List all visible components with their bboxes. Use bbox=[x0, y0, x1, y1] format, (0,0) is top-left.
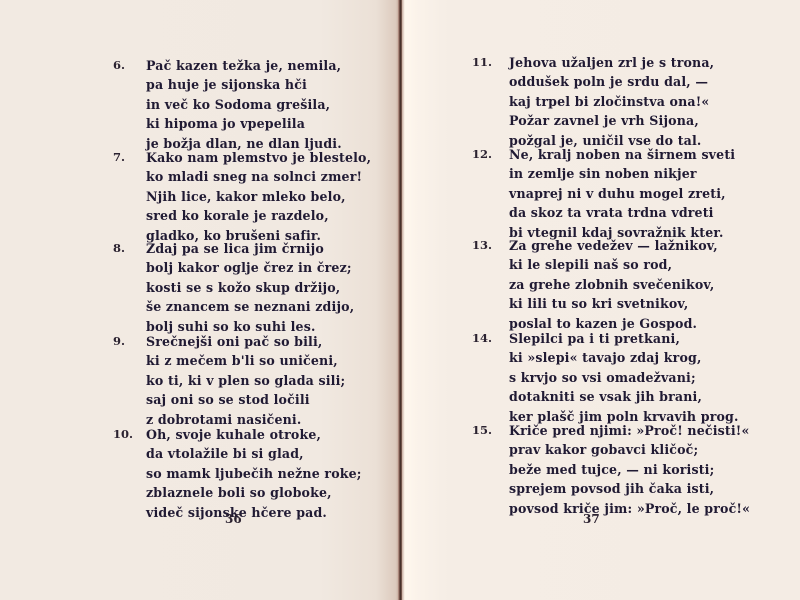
verse-line: saj oni so se stod ločili bbox=[146, 390, 345, 409]
stanza-lines: Zdaj pa se lica jim črnijo bolj kakor og… bbox=[146, 239, 354, 336]
page-number-left: 36 bbox=[225, 512, 242, 526]
verse-line: ki hipoma jo vpepelila bbox=[146, 114, 342, 133]
verse-line: kaj trpel bi zločinstva ona!« bbox=[509, 92, 714, 111]
verse-line: Požar zavnel je vrh Sijona, bbox=[509, 111, 714, 130]
verse-line: prav kakor gobavci kličoč; bbox=[509, 440, 750, 459]
verse-line: Jehova užaljen zrl je s trona, bbox=[509, 53, 714, 72]
verse-line: za grehe zlobnih svečenikov, bbox=[509, 275, 718, 294]
verse-line: ko mladi sneg na solnci zmer! bbox=[146, 167, 371, 186]
verse-line: Za grehe vedežev — lažnikov, bbox=[509, 236, 718, 255]
stanza-lines: Kriče pred njimi: »Proč! nečisti!« prav … bbox=[509, 421, 750, 518]
stanza-number: 15. bbox=[472, 421, 492, 440]
verse-line: povsod kriče jim: »Proč, le proč!« bbox=[509, 499, 750, 518]
book-spine bbox=[398, 0, 402, 600]
stanza-lines: Ne, kralj noben na širnem sveti in zemlj… bbox=[509, 145, 735, 242]
stanza-lines: Jehova užaljen zrl je s trona, oddušek p… bbox=[509, 53, 714, 150]
verse-line: pa huje je sijonska hči bbox=[146, 75, 342, 94]
verse-line: videč sijonske hčere pad. bbox=[146, 503, 362, 522]
verse-line: ki z mečem b'li so uničeni, bbox=[146, 351, 345, 370]
verse-line: Srečnejši oni pač so bili, bbox=[146, 332, 345, 351]
verse-line: Pač kazen težka je, nemila, bbox=[146, 56, 342, 75]
stanza-number: 13. bbox=[472, 236, 492, 255]
verse-line: s krvjo so vsi omadežvani; bbox=[509, 368, 739, 387]
verse-line: Kako nam plemstvo je blestelo, bbox=[146, 148, 371, 167]
stanza-lines: Pač kazen težka je, nemila, pa huje je s… bbox=[146, 56, 342, 153]
stanza-number: 6. bbox=[113, 56, 125, 75]
page-number-right: 37 bbox=[583, 512, 600, 526]
verse-line: so mamk ljubečih nežne roke; bbox=[146, 464, 362, 483]
verse-line: vnaprej ni v duhu mogel zreti, bbox=[509, 184, 735, 203]
book-spread: 6. Pač kazen težka je, nemila, pa huje j… bbox=[0, 0, 800, 600]
verse-line: da skoz ta vrata trdna vdreti bbox=[509, 203, 735, 222]
verse-line: beže med tujce, — ni koristi; bbox=[509, 460, 750, 479]
stanza-number: 11. bbox=[472, 53, 492, 72]
stanza-lines: Srečnejši oni pač so bili, ki z mečem b'… bbox=[146, 332, 345, 429]
verse-line: Slepilci pa i ti pretkani, bbox=[509, 329, 739, 348]
verse-line: dotakniti se vsak jih brani, bbox=[509, 387, 739, 406]
verse-line: zblaznele boli so globoke, bbox=[146, 483, 362, 502]
verse-line: ko ti, ki v plen so glada sili; bbox=[146, 371, 345, 390]
verse-line: Kriče pred njimi: »Proč! nečisti!« bbox=[509, 421, 750, 440]
verse-line: Oh, svoje kuhale otroke, bbox=[146, 425, 362, 444]
stanza-lines: Oh, svoje kuhale otroke, da vtolažile bi… bbox=[146, 425, 362, 522]
verse-line: bolj kakor oglje črez in črez; bbox=[146, 258, 354, 277]
stanza-lines: Slepilci pa i ti pretkani, ki »slepi« ta… bbox=[509, 329, 739, 426]
verse-line: Njih lice, kakor mleko belo, bbox=[146, 187, 371, 206]
stanza-number: 9. bbox=[113, 332, 125, 351]
verse-line: in zemlje sin noben nikjer bbox=[509, 164, 735, 183]
verse-line: oddušek poln je srdu dal, — bbox=[509, 72, 714, 91]
stanza-number: 12. bbox=[472, 145, 492, 164]
stanza-number: 10. bbox=[113, 425, 133, 444]
verse-line: kosti se s kožo skup držijo, bbox=[146, 278, 354, 297]
verse-line: sred ko korale je razdelo, bbox=[146, 206, 371, 225]
verse-line: ki lili tu so kri svetnikov, bbox=[509, 294, 718, 313]
stanza-lines: Za grehe vedežev — lažnikov, ki le slepi… bbox=[509, 236, 718, 333]
stanza-number: 14. bbox=[472, 329, 492, 348]
verse-line: še znancem se neznani zdijo, bbox=[146, 297, 354, 316]
verse-line: Zdaj pa se lica jim črnijo bbox=[146, 239, 354, 258]
verse-line: ki le slepili naš so rod, bbox=[509, 255, 718, 274]
verse-line: sprejem povsod jih čaka isti, bbox=[509, 479, 750, 498]
verse-line: da vtolažile bi si glad, bbox=[146, 444, 362, 463]
stanza-lines: Kako nam plemstvo je blestelo, ko mladi … bbox=[146, 148, 371, 245]
verse-line: ki »slepi« tavajo zdaj krog, bbox=[509, 348, 739, 367]
stanza-number: 7. bbox=[113, 148, 125, 167]
verse-line: in več ko Sodoma grešila, bbox=[146, 95, 342, 114]
stanza-number: 8. bbox=[113, 239, 125, 258]
verse-line: Ne, kralj noben na širnem sveti bbox=[509, 145, 735, 164]
